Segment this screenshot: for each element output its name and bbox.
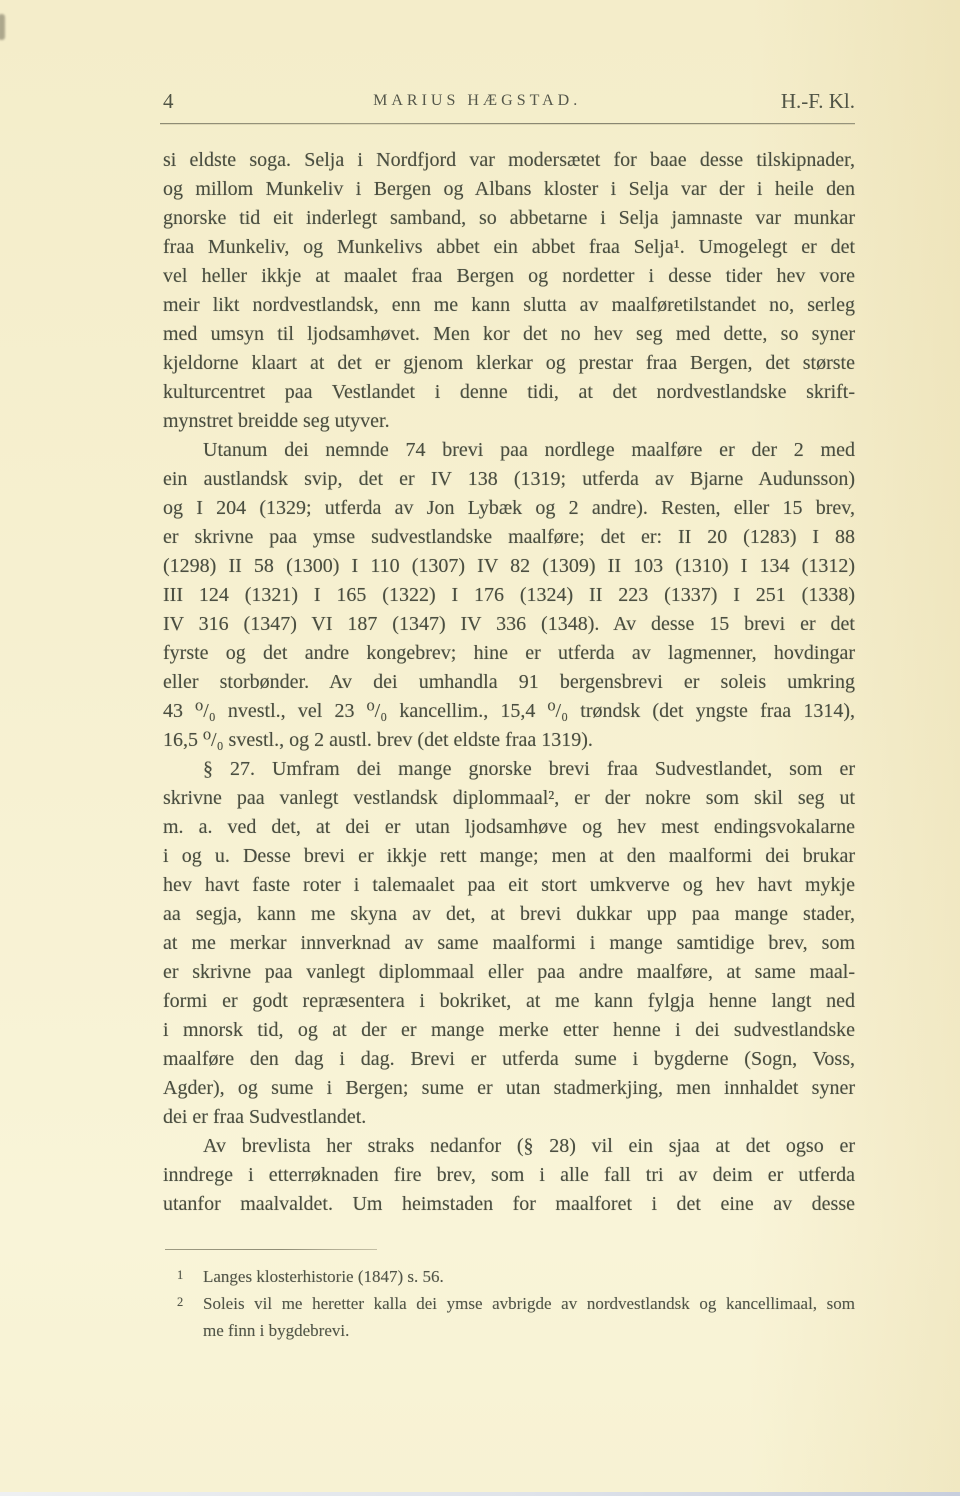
text-line: fyrste og det andre kongebrev; hine er u… <box>163 639 855 668</box>
text-line: Av brevlista her straks nedanfor (§ 28) … <box>163 1132 855 1161</box>
text-line: i og u. Desse brevi er ikkje rett mange;… <box>163 842 855 871</box>
text-line: III 124 (1321) I 165 (1322) I 176 (1324)… <box>163 581 855 610</box>
text-line: meir likt nordvestlandsk, enn me kann sl… <box>163 291 855 320</box>
text-line: og I 204 (1329; utferda av Jon Lybæk og … <box>163 494 855 523</box>
footnote-2: 2 Soleis vil me heretter kalla dei ymse … <box>163 1290 855 1344</box>
running-header-title: MARIUS HÆGSTAD. <box>174 88 781 114</box>
series-mark: H.-F. Kl. <box>781 88 855 114</box>
text-line: at me merkar innverknad av same maalform… <box>163 929 855 958</box>
text-line: fraa Munkeliv, og Munkelivs abbet ein ab… <box>163 233 855 262</box>
footnote-rule <box>165 1249 377 1250</box>
text-line: inndrege i etterrøknaden fire brev, som … <box>163 1161 855 1190</box>
footnote-marker-2: 2 <box>177 1292 183 1312</box>
text-line: ein austlandsk svip, det er IV 138 (1319… <box>163 465 855 494</box>
paragraph-1: si eldste soga. Selja i Nordfjord var mo… <box>163 146 855 436</box>
text-line: si eldste soga. Selja i Nordfjord var mo… <box>163 146 855 175</box>
text-line: i mnorsk tid, og at der er mange merke e… <box>163 1016 855 1045</box>
scan-smudge <box>0 14 5 40</box>
text-line: med umsyn til ljodsamhøvet. Men kor det … <box>163 320 855 349</box>
text-line: og millom Munkeliv i Bergen og Albans kl… <box>163 175 855 204</box>
text-line: utanfor maalvaldet. Um heimstaden for ma… <box>163 1190 855 1219</box>
footnote-text-2: Soleis vil me heretter kalla dei ymse av… <box>203 1290 855 1344</box>
page-number: 4 <box>163 88 174 114</box>
text-line: gnorske tid eit inderlegt samband, so ab… <box>163 204 855 233</box>
text-line: IV 316 (1347) VI 187 (1347) IV 336 (1348… <box>163 610 855 639</box>
text-line: vel heller ikkje at maalet fraa Bergen o… <box>163 262 855 291</box>
header-rule <box>160 123 855 124</box>
text-line: Utanum dei nemnde 74 brevi paa nordlege … <box>163 436 855 465</box>
paragraph-3: § 27. Umfram dei mange gnorske brevi fra… <box>163 755 855 1132</box>
text-line: kjeldorne klaart at det er gjenom klerka… <box>163 349 855 378</box>
page-header: 4 MARIUS HÆGSTAD. H.-F. Kl. <box>163 88 855 114</box>
text-line: eller storbønder. Av dei umhandla 91 ber… <box>163 668 855 697</box>
text-line: mynstret breidde seg utyver. <box>163 407 855 436</box>
scan-edge-strip <box>0 1492 960 1496</box>
text-line: er skrivne paa ymse sudvestlandske maalf… <box>163 523 855 552</box>
paragraph-2: Utanum dei nemnde 74 brevi paa nordlege … <box>163 436 855 755</box>
text-line: Agder), og sume i Bergen; sume er utan s… <box>163 1074 855 1103</box>
footnotes: 1 Langes klosterhistorie (1847) s. 56. 2… <box>163 1263 855 1344</box>
text-line: 43 ⁰/₀ nvestl., vel 23 ⁰/₀ kancellim., 1… <box>163 697 855 726</box>
paragraph-4: Av brevlista her straks nedanfor (§ 28) … <box>163 1132 855 1219</box>
text-line: er skrivne paa vanlegt diplommaal eller … <box>163 958 855 987</box>
text-line: maalføre den dag i dag. Brevi er utferda… <box>163 1045 855 1074</box>
book-page: 4 MARIUS HÆGSTAD. H.-F. Kl. si eldste so… <box>0 0 960 1496</box>
footnote-1: 1 Langes klosterhistorie (1847) s. 56. <box>163 1263 855 1290</box>
text-line: aa segja, kann me skyna av det, at brevi… <box>163 900 855 929</box>
text-line: § 27. Umfram dei mange gnorske brevi fra… <box>163 755 855 784</box>
text-line: (1298) II 58 (1300) I 110 (1307) IV 82 (… <box>163 552 855 581</box>
text-line: dei er fraa Sudvestlandet. <box>163 1103 855 1132</box>
text-line: me finn i bygdebrevi. <box>203 1317 855 1344</box>
page-body: si eldste soga. Selja i Nordfjord var mo… <box>163 146 855 1219</box>
footnote-text-1: Langes klosterhistorie (1847) s. 56. <box>203 1263 855 1290</box>
text-line: hev havt faste roter i talemaalet paa ei… <box>163 871 855 900</box>
text-line: m. a. ved det, at dei er utan ljodsamhøv… <box>163 813 855 842</box>
text-line: formi er godt repræsentera i bokriket, a… <box>163 987 855 1016</box>
text-line: skrivne paa vanlegt vestlandsk diplommaa… <box>163 784 855 813</box>
text-line: 16,5 ⁰/₀ svestl., og 2 austl. brev (det … <box>163 726 855 755</box>
text-line: kulturcentret paa Vestlandet i denne tid… <box>163 378 855 407</box>
text-line: Soleis vil me heretter kalla dei ymse av… <box>203 1290 855 1317</box>
text-line: Langes klosterhistorie (1847) s. 56. <box>203 1263 855 1290</box>
footnote-marker-1: 1 <box>177 1265 183 1285</box>
